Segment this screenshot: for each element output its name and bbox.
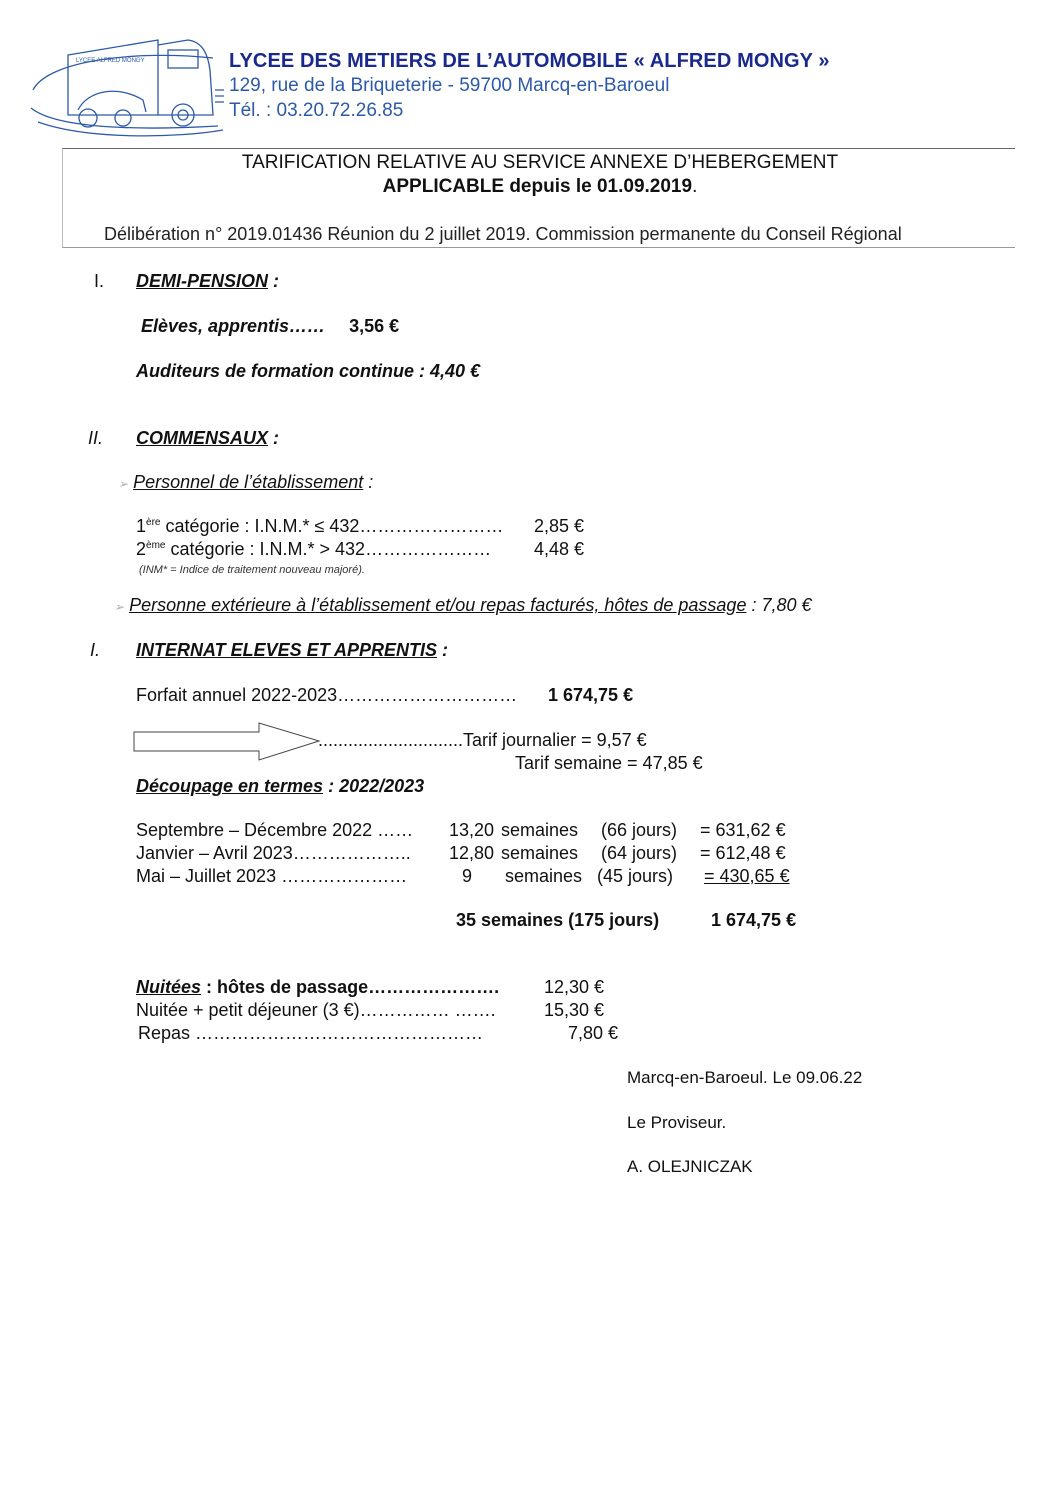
- place-date: Marcq-en-Baroeul. Le 09.06.22: [627, 1068, 862, 1088]
- nuitee-petit-dejeuner: Nuitée + petit déjeuner (3 €)…………… …….: [136, 1000, 496, 1021]
- tarif-semaine: Tarif semaine = 47,85 €: [515, 753, 703, 774]
- school-logo-truck-icon: LYCEE ALFRED MONGY: [28, 30, 228, 142]
- section-3-number: I.: [90, 640, 100, 661]
- category-2-rate: 2ème catégorie : I.N.M.* > 432…………………: [136, 539, 491, 560]
- applicable-date: APPLICABLE depuis le 01.09.2019: [383, 176, 692, 197]
- total-amount: 1 674,75 €: [711, 910, 796, 931]
- category-1-value: 2,85 €: [534, 516, 584, 537]
- section-2-title: COMMENSAUX :: [136, 428, 279, 449]
- personnel-subheading: ➢ Personnel de l’établissement :: [118, 472, 373, 493]
- school-phone: Tél. : 03.20.72.26.85: [229, 100, 403, 122]
- section-1-title: DEMI-PENSION :: [136, 271, 279, 292]
- category-1-rate: 1ère catégorie : I.N.M.* ≤ 432……………………: [136, 516, 503, 537]
- signatory-role: Le Proviseur.: [627, 1113, 726, 1133]
- nuitee-petit-dejeuner-value: 15,30 €: [544, 1000, 604, 1021]
- repas-value: 7,80 €: [568, 1023, 618, 1044]
- tarif-journalier: .............................Tarif journ…: [318, 730, 647, 751]
- deliberation-reference: Délibération n° 2019.01436 Réunion du 2 …: [104, 224, 902, 245]
- total-weeks: 35 semaines (175 jours): [456, 910, 659, 931]
- right-arrow-icon: [133, 722, 323, 762]
- arrow-bullet-icon: ➢: [118, 477, 128, 491]
- decoupage-heading: Découpage en termes : 2022/2023: [136, 776, 424, 797]
- school-address: 129, rue de la Briqueterie - 59700 Marcq…: [229, 75, 669, 97]
- repas: Repas …………………………………………: [138, 1023, 483, 1044]
- logo-text: LYCEE ALFRED MONGY: [76, 58, 145, 64]
- signatory-name: A. OLEJNICZAK: [627, 1157, 753, 1177]
- section-2-number: II.: [88, 428, 103, 449]
- category-2-value: 4,48 €: [534, 539, 584, 560]
- forfait-annuel-value: 1 674,75 €: [548, 685, 633, 706]
- demi-pension-eleves: Elèves, apprentis……3,56 €: [141, 316, 399, 337]
- nuitee-hotes: Nuitées : hôtes de passage………………….: [136, 977, 499, 998]
- inm-footnote: (INM* = Indice de traitement nouveau maj…: [139, 564, 365, 576]
- section-3-title: INTERNAT ELEVES ET APPRENTIS :: [136, 640, 448, 661]
- document-subtitle: APPLICABLE depuis le 01.09.2019.: [0, 176, 1058, 198]
- demi-pension-auditeurs: Auditeurs de formation continue : 4,40 €: [136, 361, 480, 382]
- section-1-number: I.: [94, 271, 104, 292]
- document-title: TARIFICATION RELATIVE AU SERVICE ANNEXE …: [0, 152, 1058, 174]
- arrow-bullet-icon: ➢: [114, 600, 124, 614]
- nuitee-hotes-value: 12,30 €: [544, 977, 604, 998]
- school-name: LYCEE DES METIERS DE L’AUTOMOBILE « ALFR…: [229, 50, 830, 73]
- external-person-rate: ➢ Personne extérieure à l’établissement …: [114, 595, 812, 616]
- forfait-annuel-label: Forfait annuel 2022-2023…………………………: [136, 685, 517, 706]
